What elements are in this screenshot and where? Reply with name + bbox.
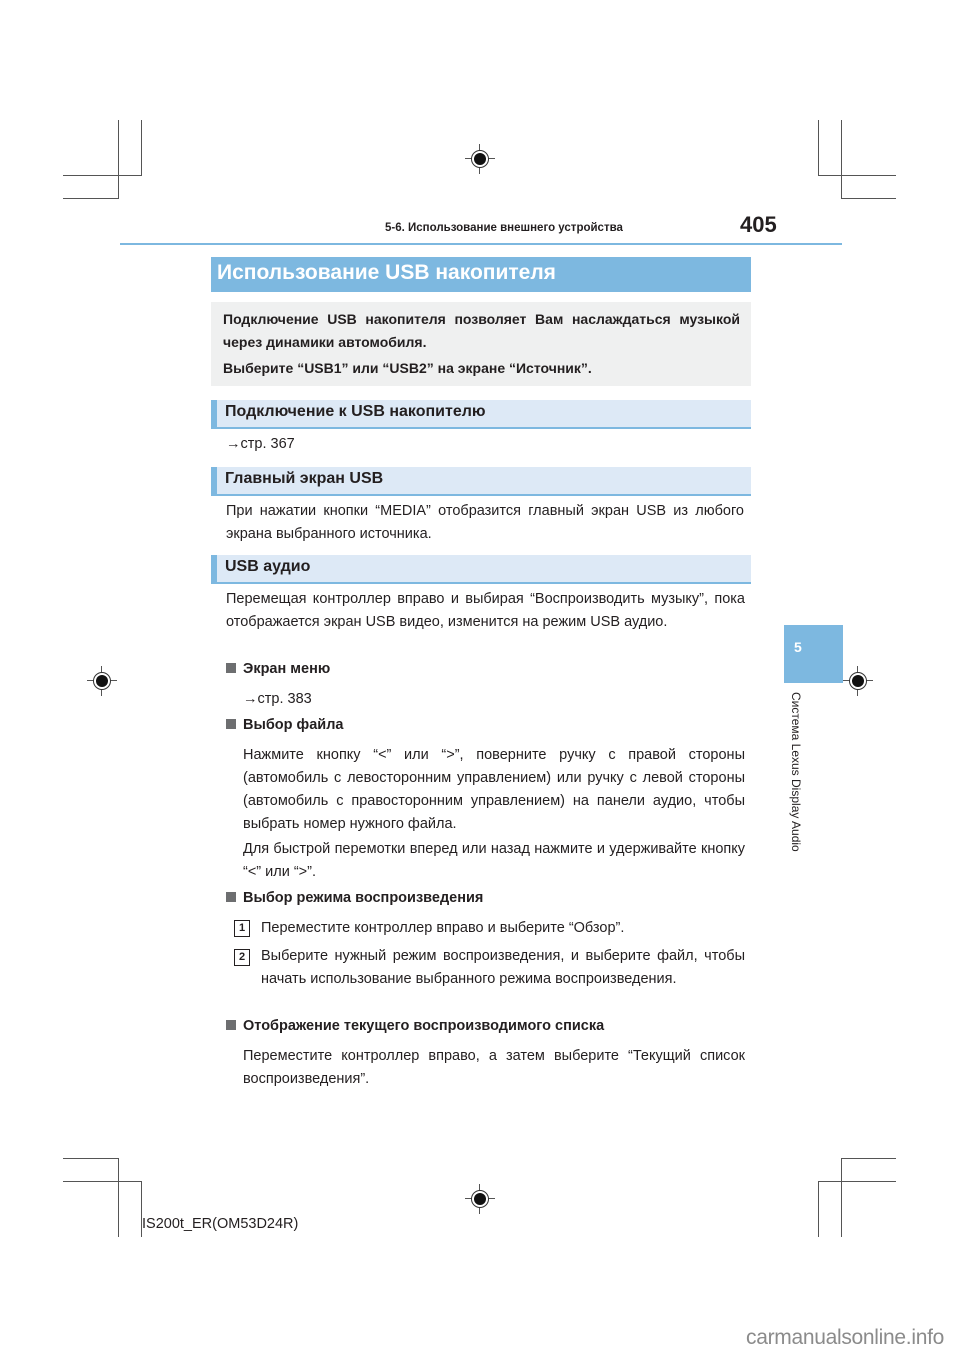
intro-paragraph: Подключение USB накопителя позволяет Вам… xyxy=(223,308,740,354)
body-paragraph: Перемещая контроллер вправо и выбирая “В… xyxy=(226,588,745,634)
crop-mark xyxy=(818,1181,896,1182)
step-text: Выберите нужный режим воспроизведения, и… xyxy=(261,945,745,991)
crop-mark xyxy=(63,1181,142,1182)
square-bullet-icon xyxy=(226,892,236,902)
section-heading: Главный экран USB xyxy=(211,467,751,496)
page-number: 405 xyxy=(740,212,777,238)
page-reference-link[interactable]: →стр. 367 xyxy=(226,433,295,456)
header-divider xyxy=(120,243,842,245)
crop-mark xyxy=(118,120,119,198)
body-paragraph: Для быстрой перемотки вперед или назад н… xyxy=(243,838,745,884)
square-bullet-icon xyxy=(226,1020,236,1030)
body-paragraph: Нажмите кнопку “<” или “>”, поверните ру… xyxy=(243,744,745,836)
section-heading-text: USB аудио xyxy=(225,558,310,576)
crop-mark xyxy=(818,175,896,176)
watermark: carmanualsonline.info xyxy=(746,1326,944,1350)
crop-mark xyxy=(841,120,842,198)
document-code: IS200t_ER(OM53D24R) xyxy=(142,1216,298,1232)
chapter-number: 5 xyxy=(794,639,802,655)
crop-mark xyxy=(841,1158,842,1237)
page-title-bar: Использование USB накопителя xyxy=(211,257,751,292)
chapter-tab: 5 xyxy=(784,625,843,683)
body-paragraph: Переместите контроллер вправо, а затем в… xyxy=(243,1045,745,1091)
crop-mark xyxy=(841,198,896,199)
intro-paragraph: Выберите “USB1” или “USB2” на экране “Ис… xyxy=(223,357,740,380)
crop-mark xyxy=(818,120,819,176)
section-heading-text: Главный экран USB xyxy=(225,470,383,488)
square-bullet-icon xyxy=(226,663,236,673)
page-reference-link[interactable]: →стр. 383 xyxy=(243,688,312,711)
section-heading: USB аудио xyxy=(211,555,751,584)
heading-accent xyxy=(211,555,217,584)
section-header: 5-6. Использование внешнего устройства xyxy=(385,222,623,234)
registration-mark-icon xyxy=(465,1184,495,1214)
crop-mark xyxy=(818,1181,819,1237)
crop-mark xyxy=(141,120,142,176)
heading-accent xyxy=(211,467,217,496)
chapter-title-vertical: Система Lexus Display Audio xyxy=(786,692,806,882)
body-paragraph: При нажатии кнопки “MEDIA” отобразится г… xyxy=(226,500,744,546)
square-bullet-icon xyxy=(226,719,236,729)
heading-accent xyxy=(211,400,217,429)
chapter-title: Система Lexus Display Audio xyxy=(789,692,803,852)
step-text: Переместите контроллер вправо и выберите… xyxy=(261,917,745,940)
subsection-heading: Экран меню xyxy=(226,661,330,677)
intro-box: Подключение USB накопителя позволяет Вам… xyxy=(211,302,751,386)
section-heading-text: Подключение к USB накопителю xyxy=(225,403,486,421)
subsection-heading: Выбор файла xyxy=(226,717,344,733)
step-number-badge: 1 xyxy=(234,920,250,937)
step-number-badge: 2 xyxy=(234,949,250,966)
subsection-heading: Выбор режима воспроизведения xyxy=(226,890,483,906)
crop-mark xyxy=(63,198,119,199)
registration-mark-icon xyxy=(465,144,495,174)
subsection-heading: Отображение текущего воспроизводимого сп… xyxy=(226,1018,604,1034)
registration-mark-icon xyxy=(87,666,117,696)
crop-mark xyxy=(841,1158,896,1159)
registration-mark-icon xyxy=(843,666,873,696)
section-heading: Подключение к USB накопителю xyxy=(211,400,751,429)
crop-mark xyxy=(63,175,142,176)
page-title: Использование USB накопителя xyxy=(217,261,556,285)
crop-mark xyxy=(118,1158,119,1237)
crop-mark xyxy=(63,1158,119,1159)
